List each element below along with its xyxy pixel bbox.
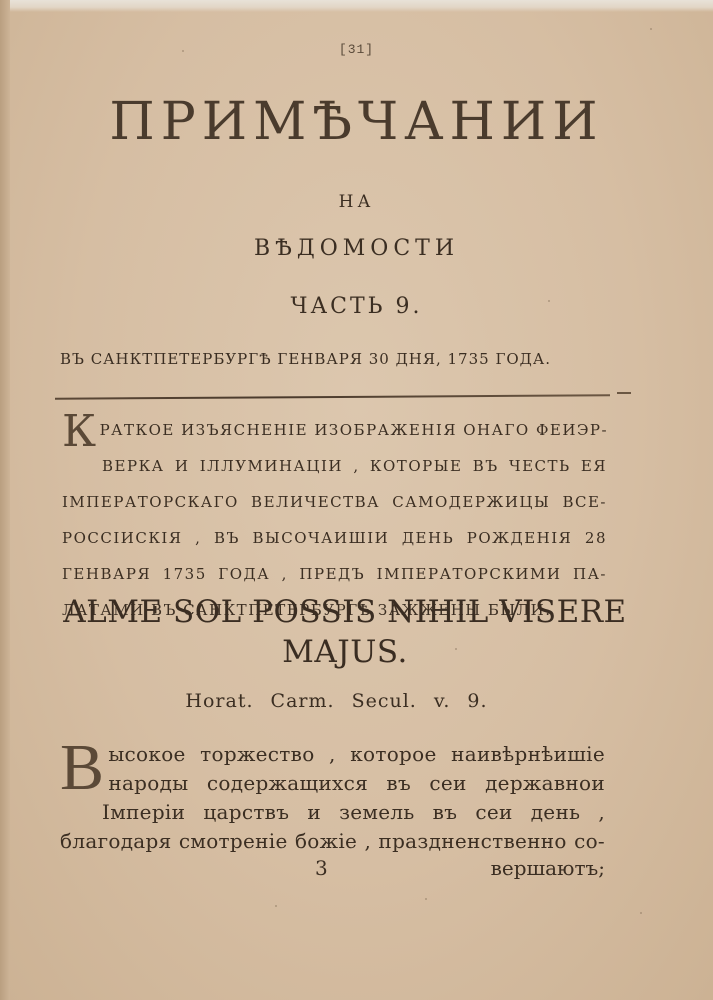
- book-page: [31] ПРИМѢЧАНИИ НА ВѢДОМОСТИ ЧАСТЬ 9. ВЪ…: [0, 0, 713, 1000]
- page-footer: 3 вершаютъ;: [60, 856, 605, 886]
- part-number: ЧАСТЬ 9.: [0, 294, 713, 319]
- paper-speck: [275, 905, 277, 907]
- motto-citation: Horat. Carm. Secul. v. 9.: [0, 690, 693, 712]
- body-dropcap: В: [60, 740, 104, 796]
- summary-line: ВЕРКА И IЛЛУМИНАЦIИ , КОТОРЫЕ ВЪ ЧЕСТЬ Е…: [62, 448, 607, 484]
- paper-speck: [640, 912, 642, 914]
- paper-speck: [425, 898, 427, 900]
- summary-line: РОССIИСКIЯ , ВЪ ВЫСОЧАИШIИ ДЕНЬ РОЖДЕНIЯ…: [62, 520, 607, 556]
- summary-line: ГЕНВАРЯ 1735 ГОДА , ПРЕДЪ IМПЕРАТОРСКИМИ…: [62, 556, 607, 592]
- dateline: ВЪ САНКТПЕТЕРБУРГѢ ГЕНВАРЯ 30 ДНЯ, 1735 …: [60, 350, 620, 368]
- section-divider-tail: [617, 392, 631, 394]
- subtitle-on: НА: [0, 192, 713, 212]
- page-number: [31]: [0, 42, 713, 57]
- body-line: народы содержащихся въ сеи державнои: [60, 769, 605, 798]
- body-line: благодаря смотренiе божiе , праздненстве…: [60, 827, 605, 856]
- section-divider: [55, 394, 610, 399]
- body-paragraph: В ысокое торжество , которое наивѣрнѣишi…: [60, 740, 605, 856]
- latin-motto: ALME SOL POSSIS NIHIL VISERE MAJUS.: [40, 592, 650, 672]
- summary-line: IМПЕРАТОРСКАГО ВЕЛИЧЕСТВА САМОДЕРЖИЦЫ ВС…: [62, 484, 607, 520]
- paper-speck: [650, 28, 652, 30]
- subtitle-gazette: ВѢДОМОСТИ: [0, 236, 713, 261]
- body-line: ысокое торжество , которое наивѣрнѣишiе: [60, 740, 605, 769]
- summary-line: РАТКОЕ ИЗЪЯСНЕНIЕ ИЗОБРАЖЕНIЯ ОНАГО ФЕИЭ…: [62, 412, 607, 448]
- body-line: Iмперiи царствъ и земель въ сеи день ,: [60, 798, 605, 827]
- page-top-edge: [0, 0, 713, 12]
- signature-mark: 3: [315, 856, 328, 880]
- page-title: ПРИМѢЧАНИИ: [0, 92, 713, 152]
- motto-line: ALME SOL POSSIS NIHIL VISERE: [40, 592, 650, 632]
- summary-dropcap: К: [62, 412, 98, 452]
- catchword: вершаютъ;: [491, 856, 605, 880]
- motto-line: MAJUS.: [40, 632, 650, 672]
